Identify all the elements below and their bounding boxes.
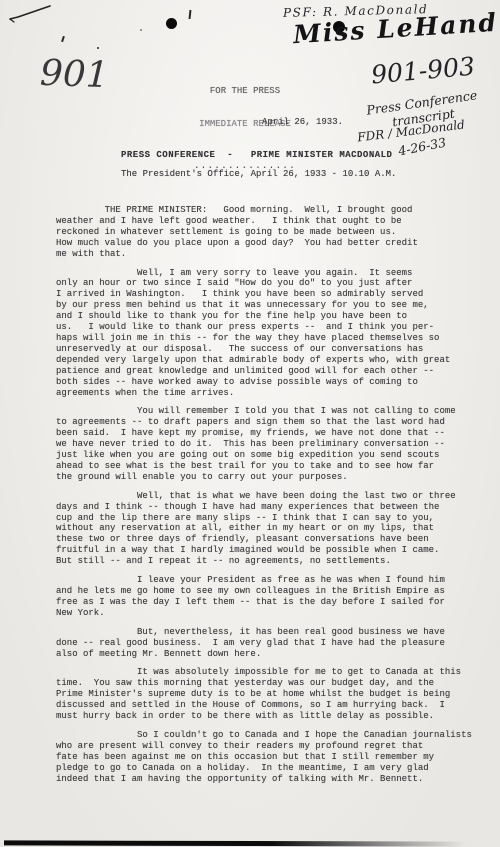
ink-speck: [61, 36, 65, 42]
transcript-paragraph: Well, I am very sorry to leave you again…: [56, 268, 474, 399]
handwritten-page-number: 901: [39, 53, 109, 96]
release-line-1: FOR THE PRESS: [166, 86, 324, 97]
transcript-body: THE PRIME MINISTER: Good morning. Well, …: [56, 205, 474, 793]
ink-speck: [97, 47, 99, 49]
transcript-paragraph: So I couldn't go to Canada and I hope th…: [56, 730, 474, 785]
handwritten-page-range: 901-903: [370, 52, 476, 90]
document-location-line: The President's Office, April 26, 1933 -…: [121, 169, 396, 180]
scan-artifact-bar: [4, 840, 466, 846]
transcript-paragraph: Well, that is what we have been doing th…: [56, 491, 474, 567]
hole-punch-mark: [166, 18, 177, 29]
scanned-document-page: PSF: R. MacDonald Miss LeHand 901 901-90…: [0, 0, 500, 847]
ink-speck: [189, 10, 192, 19]
pencil-check-mark: [8, 2, 56, 24]
transcript-paragraph: You will remember I told you that I was …: [56, 406, 474, 482]
transcript-paragraph: THE PRIME MINISTER: Good morning. Well, …: [56, 205, 474, 260]
transcript-paragraph: It was absolutely impossible for me to g…: [56, 667, 474, 722]
ink-speck: [140, 29, 142, 31]
document-date: April 26, 1933.: [262, 117, 343, 128]
transcript-paragraph: I leave your President as free as he was…: [56, 575, 474, 619]
transcript-paragraph: But, nevertheless, it has been real good…: [56, 627, 474, 660]
document-title: PRESS CONFERENCE - PRIME MINISTER MACDON…: [121, 150, 392, 161]
